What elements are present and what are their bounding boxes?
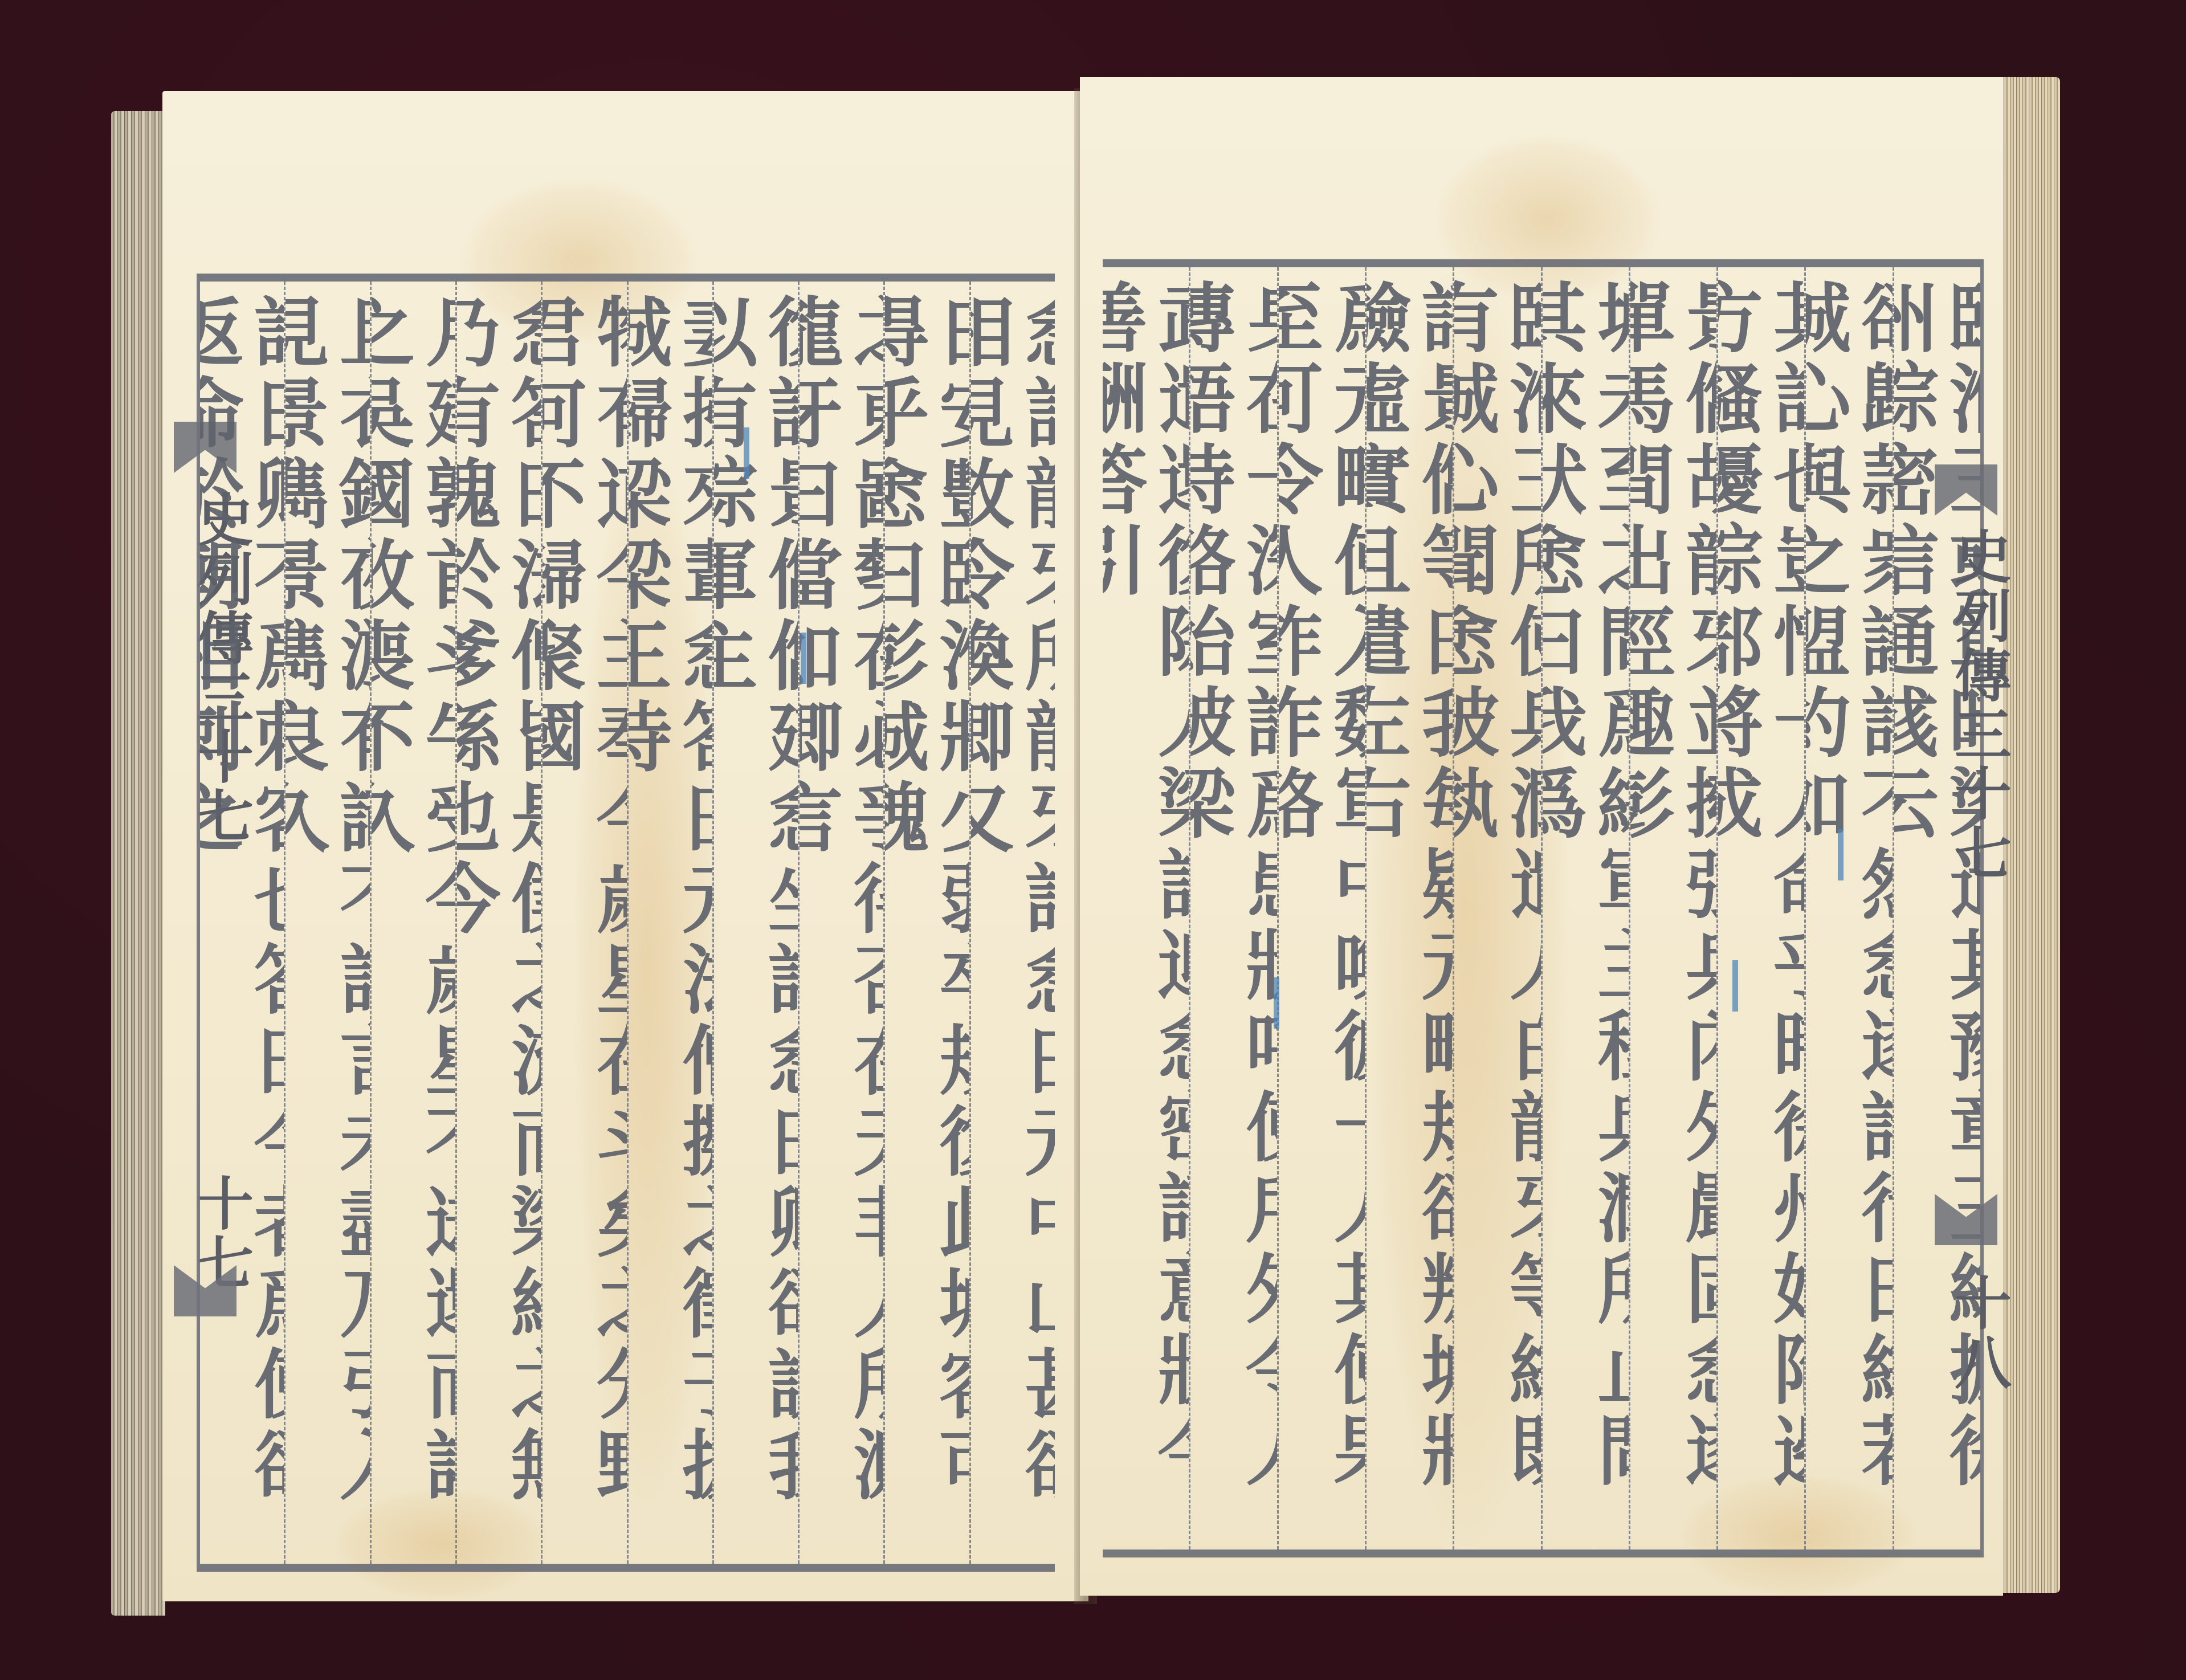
text-column: 臨淮王所使兵潤遣人白龍牙等綜既有誠心聞悆被執 bbox=[1453, 267, 1540, 1549]
text-column: 之東鄙勢在必爭得否在天非人所測龍牙曰當如卿言 bbox=[798, 282, 883, 1564]
left-text-frame: 悆詣龍牙所龍牙謂悆曰元中山甚欲相見故令喚卿又 曰安豐臨淮將少弱卒規復此城容可得乎… bbox=[197, 274, 1055, 1572]
open-book: 史列傳三十七 十七 悆詣龍牙所龍牙謂悆曰元中山甚欲相見故令喚卿又 曰安豐臨淮將少… bbox=[111, 77, 2060, 1627]
right-text-frame: 臨淮王彧軍時梁遣其豫章王綜據徐州綜密信通彧云 欲歸款衆議謂不然悆遂請行曰綜若誠心… bbox=[1103, 259, 1984, 1557]
text-column: 悆詣龍牙所龍牙謂悆曰元中山甚欲相見故令喚卿又 bbox=[969, 282, 1055, 1564]
text-column: 月建鶉首斗牛受今歲星不迸還而謅之吳國敗喪不久 bbox=[370, 282, 455, 1564]
blue-correction-mark bbox=[1838, 829, 1844, 880]
left-page-stack bbox=[111, 111, 165, 1616]
blue-correction-mark bbox=[801, 633, 806, 684]
right-block-head-folio: 十八 bbox=[1938, 1274, 2020, 1392]
text-column: 武遣還復除人梁話迎悆密語意狀今善酬答引 bbox=[1103, 267, 1189, 1549]
text-column: 語景儁等曰我每疑元略規欲叛城將驗虛實且遣左右 bbox=[1365, 267, 1453, 1549]
right-block-head-title: 史列傳三十七 bbox=[1938, 527, 2020, 883]
text-column: 且衣錦夜游有識不許言未盡乃引入見景儁景儁良久 bbox=[284, 282, 369, 1564]
text-column: 身在一深室託爲患狀呼使戶外令人傳語時略始被梁 bbox=[1189, 267, 1276, 1549]
text-column: 謂曰卿不爲刺客也答曰今者爲使欲返命於朝相刺之 bbox=[200, 282, 284, 1564]
text-column: 景儁胡龍牙並擁強兵內外嚴固悆遂單馬間出徑趣彭 bbox=[1629, 267, 1716, 1549]
blue-correction-mark bbox=[744, 427, 749, 479]
text-column: 其詐也豈惜一人命乎時徐州始陷邊方騷擾綜部將成 bbox=[1716, 267, 1804, 1549]
blue-correction-mark bbox=[1274, 977, 1279, 1029]
text-column: 復詣景儁儁延悆坐謂悆曰卿欲說我以有綜軍主 bbox=[712, 282, 798, 1564]
text-column: 悆答曰法僧皆是僕之流而梁納之無乃有愧於爹孫也今 bbox=[455, 282, 541, 1564]
text-column: 妻拂來輩悆答曰元法僧擬之徵子拔城歸梁梁王待 bbox=[627, 282, 712, 1564]
blue-correction-mark bbox=[1732, 960, 1738, 1012]
left-page: 史列傳三十七 十七 悆詣龍牙所龍牙謂悆曰元中山甚欲相見故令喚卿又 曰安豐臨淮將少… bbox=[162, 91, 1088, 1601]
text-column: 物有道今主奉今歲星在斗矣之分野君何不歸聚國 bbox=[541, 282, 626, 1564]
text-column: 欲歸款衆議謂不然悆遂請行曰綜若誠心與之盟約如 bbox=[1804, 267, 1892, 1549]
left-column-list: 悆詣龍牙所龍牙謂悆曰元中山甚欲相見故令喚卿又 曰安豐臨淮將少弱卒規復此城容可得乎… bbox=[200, 282, 1055, 1564]
text-column: 爲元略使入魏軍中喚彼一人其使果至可令人詐作略 bbox=[1277, 267, 1365, 1549]
text-column: 曰安豐臨淮將少弱卒規復此城容可得乎悆曰彭城魏 bbox=[883, 282, 969, 1564]
right-page: 臨淮王彧軍時梁遣其豫章王綜據徐州綜密信通彧云 欲歸款衆議謂不然悆遂請行曰綜若誠心… bbox=[1080, 77, 2003, 1596]
text-column: 城未至之間爲綜軍主程兵潤所止問其來狀悆曰我爲 bbox=[1541, 267, 1629, 1549]
right-column-list: 臨淮王彧軍時梁遣其豫章王綜據徐州綜密信通彧云 欲歸款衆議謂不然悆遂請行曰綜若誠心… bbox=[1103, 267, 1980, 1549]
